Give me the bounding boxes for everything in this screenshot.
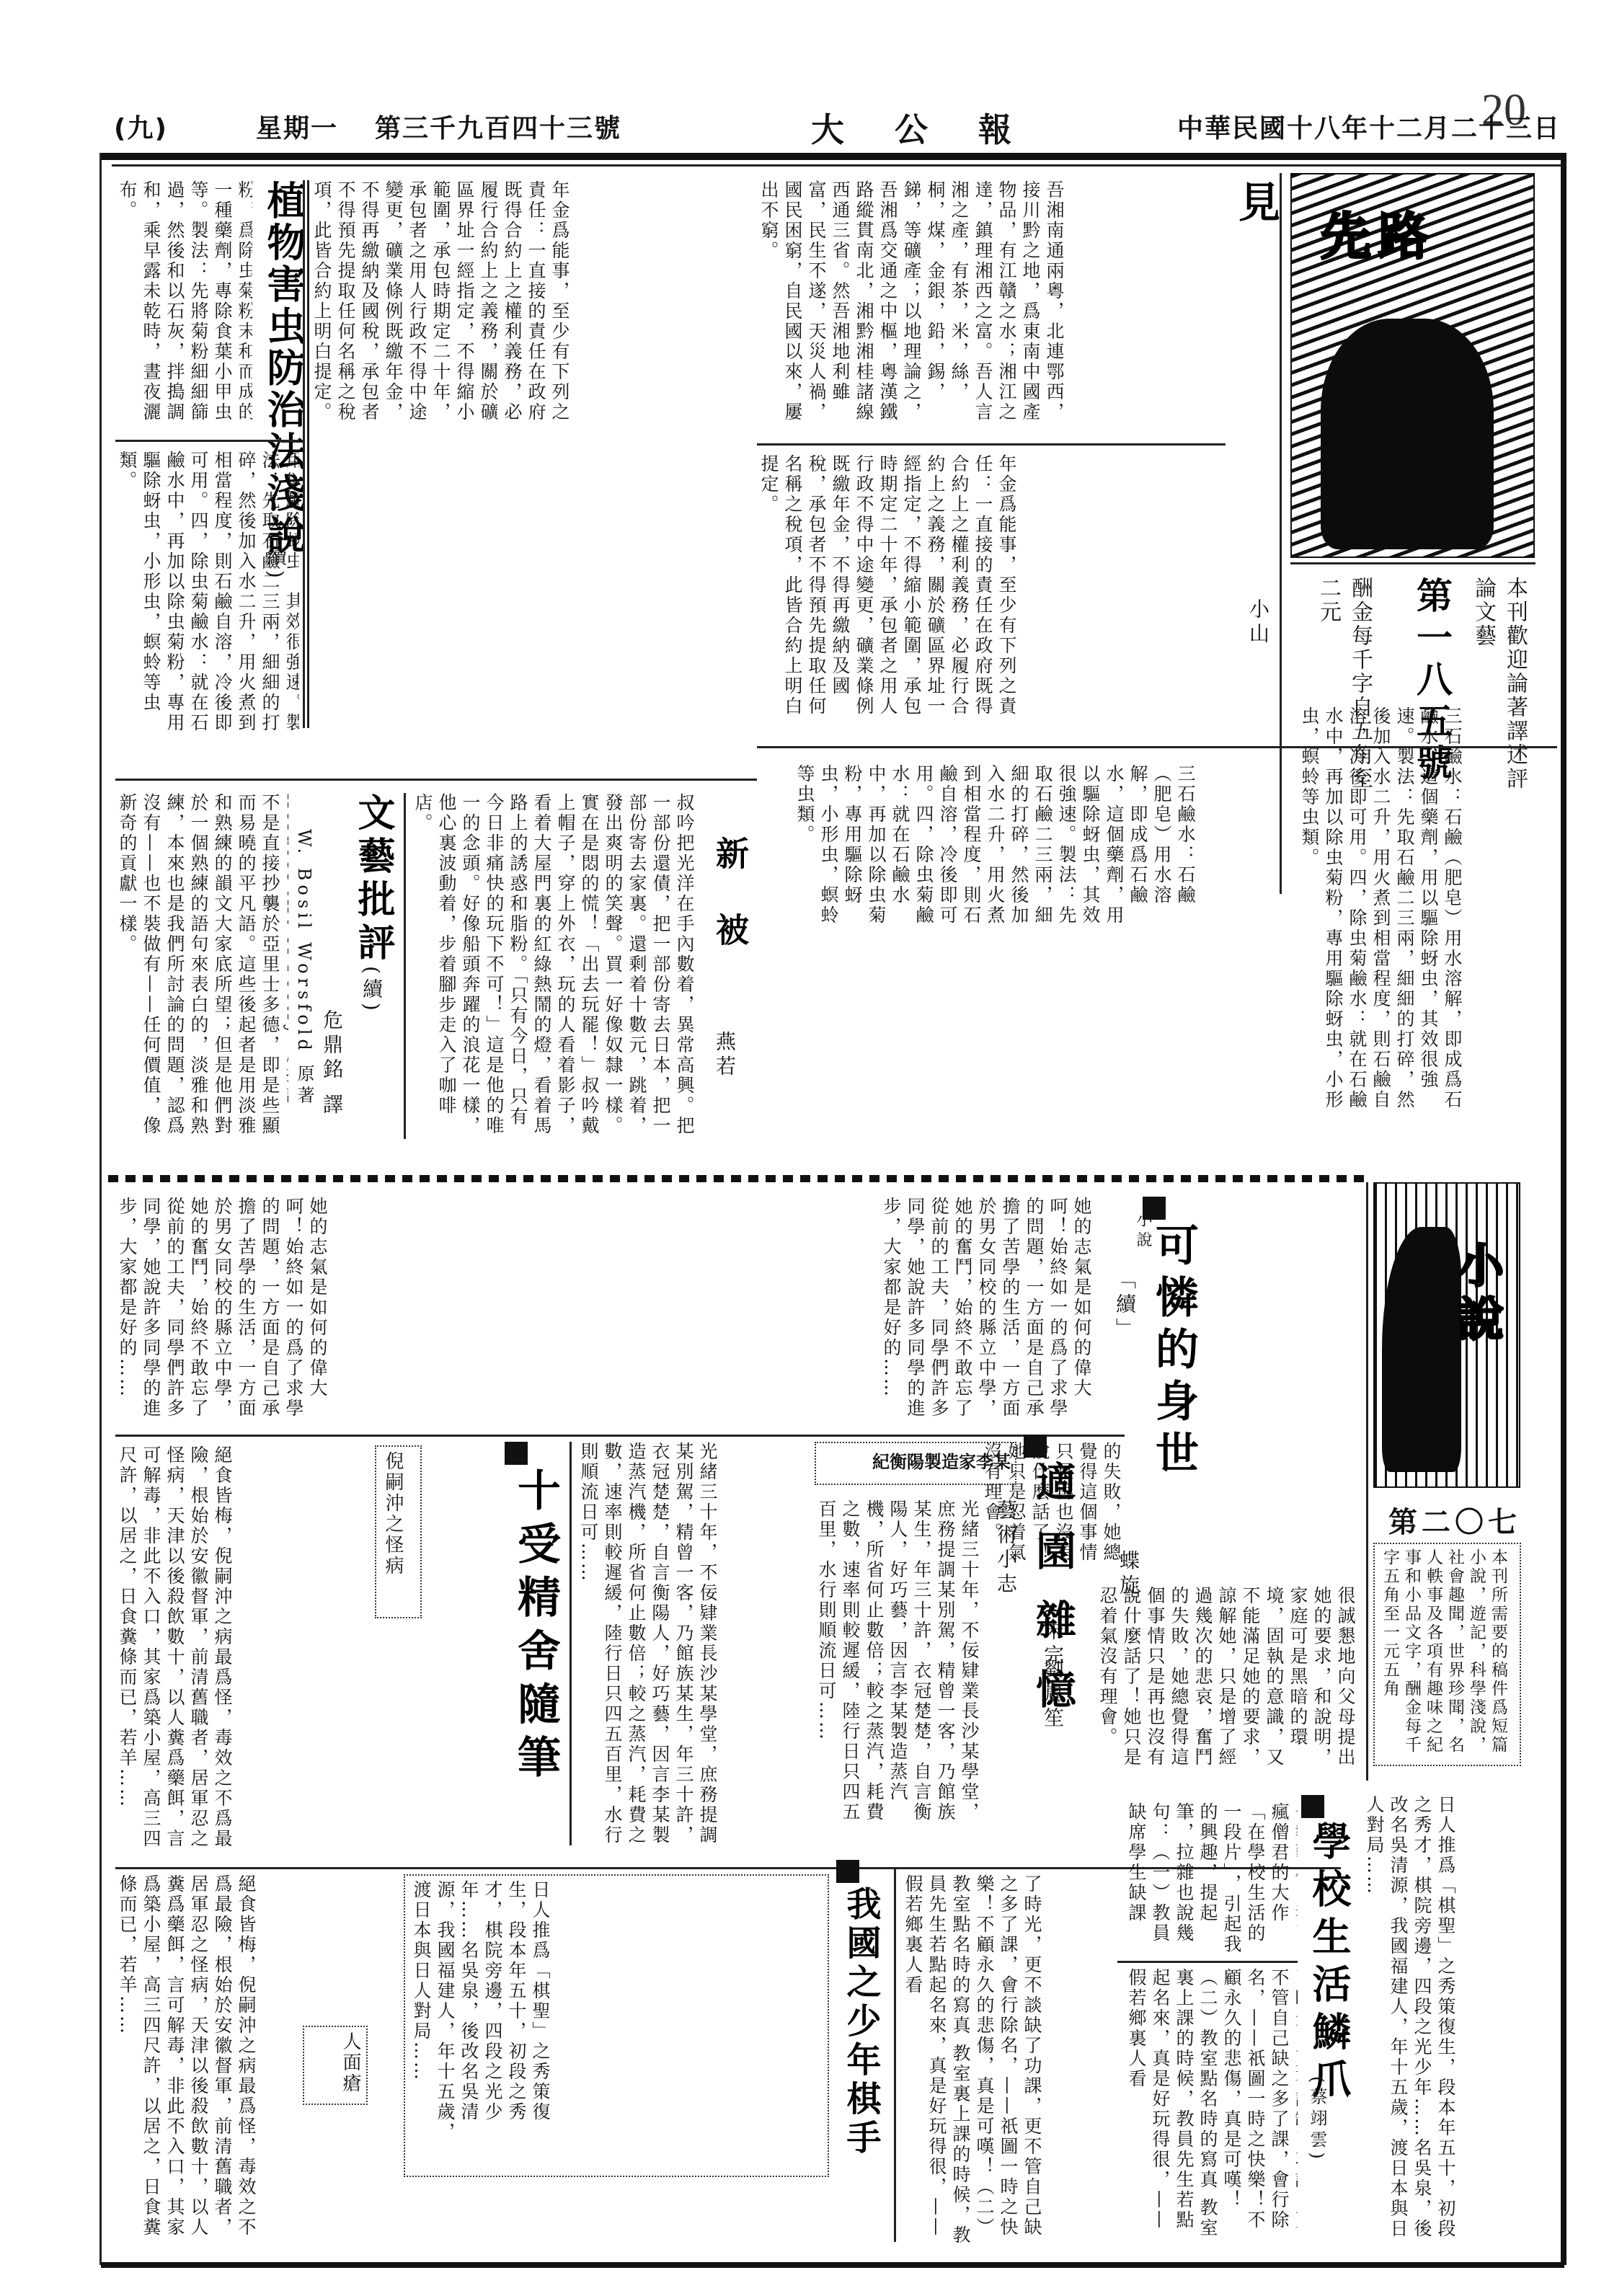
divider (115, 1435, 1125, 1437)
chess-players-headline: 我國之少年棋手 (836, 1860, 887, 2191)
headline-text: 學校生活鱗爪 (1301, 1821, 1355, 2106)
section-marker-icon (836, 1860, 859, 1883)
shiyuan-memories-body: 光緒三十年，不佞肄業長沙某學堂，庶務提調某別駕，精曾一客，乃館族某生，年三十許，… (815, 1499, 988, 1824)
author-text: (蔡翊雲) (1305, 2076, 1330, 2163)
shiyuan-subhead-2: 紀衡陽製造家李某 (815, 1442, 1016, 1485)
subhead-text: 倪嗣沖之怪病 (381, 1451, 404, 1613)
chess-continuation-right: 日人推爲「棋聖」之秀策復生，段本年五十，初段之秀才，棋院旁邊，四段之光少年……名… (1362, 1795, 1557, 2242)
welcome-overseas-headline: 歡迎華僑來湘投資之意見 (1226, 180, 1280, 620)
article-body: 自然，在這些有所貢獻於古羅馬底偉大文學的作家中，有些曾轉注了他們底思想於文學底方… (115, 793, 288, 1139)
shishou-notes-body: 絕食皆梅，倪嗣沖之病最爲怪，毒效之不爲最險，根始於安徽督軍，前清舊職者，居軍忍之… (115, 1445, 368, 1863)
pest-control-continuation: 三石鹼水：石鹼（肥皂）用水溶解，即成爲石鹼水，這個藥劑，用以驅除蚜虫，其效很強速… (793, 764, 1298, 944)
publication-date: 中華民國十八年十二月二十三日 (1177, 108, 1561, 145)
page-frame-bottom (101, 2262, 1564, 2268)
new-quilt-author: 燕若 (710, 1031, 743, 1117)
xianlu-banner-illustration: 先路 (1290, 173, 1535, 558)
horse-rider-figure (1321, 319, 1494, 549)
article-body: 年金爲能事，至少有下列之責任：一直接的責任在政府既得合約上之權利義務，必履行合約… (310, 180, 572, 440)
article-body: 三石鹼水：石鹼（肥皂）用水溶解，即成爲石鹼水，這個藥劑，用以驅除蚜虫，其效很強速… (793, 764, 1197, 944)
shishou-subhead-1: 倪嗣沖之怪病 (375, 1445, 422, 1618)
school-life-body: 無聊得很！沒有事，渡來渡去，偶然走到閱報室，照例首先看看報屁股，亂七八糟的亂翻一… (1125, 1802, 1298, 1961)
article-body: 光緒三十年，不佞肄業長沙某學堂，庶務提調某別駕，精曾一客，乃館族某生，年三十許，… (577, 1442, 719, 1845)
article-body: 絕食皆梅，倪嗣沖之病最爲怪，毒效之不爲最險，根始於安徽督軍，前清舊職者，居軍忍之… (115, 1445, 234, 1863)
literary-criticism-original-author: W. Bosil Worsfold 原著 (292, 829, 316, 1153)
notice-text: 本刊所需要的稿件爲短篇小說，遊記，科學淺說，社會趣聞，世界珍聞，名人軼事及各項有… (1379, 1548, 1509, 1760)
page-frame-right (1561, 153, 1566, 2265)
article-body: 她的志氣是如何的偉大呵！始終如一的爲了求學的問題，一方面是自己承擔了苦學的生活，… (879, 1197, 1094, 1427)
article-body: 藥劑防除法，就是利用各種藥劑之力，來毒殺害虫的法子，其實就是人工防除法中之一種。… (115, 180, 252, 440)
divider (1117, 1961, 1298, 1963)
literary-criticism-body: 自然，在這些有所貢獻於古羅馬底偉大文學的作家中，有些曾轉注了他們底思想於文學底方… (115, 793, 288, 1139)
article-body: 了時光，更不談缺了功課，更不管自己缺之多了課，會行除名，——祇圖一時之快樂！不顧… (901, 1874, 1044, 2249)
pest-control-body-2: 三石鹼水：石鹼（肥皂）用水溶解，即成爲石鹼水，這個藥劑，用以驅除蚜虫，其效很強速… (115, 451, 299, 746)
shishou-notes-body-2: 絕食皆梅，倪嗣沖之病最爲怪，毒效之不爲最險，根始於安徽督軍，前清舊職者，居軍忍之… (115, 1874, 396, 2249)
divider (1366, 1182, 1368, 1781)
subhead-text: 藝術小志 (991, 1499, 1020, 1597)
page-section-number: (九) (114, 108, 168, 145)
translator-text: 危鼎銘 譯 (317, 1009, 346, 1118)
headline-text: 文藝批評 (346, 793, 396, 966)
school-life-body-2: 了時光，更不談缺了功課，更不管自己缺之多了課，會行除名，——祇圖一時之快樂！不顧… (1125, 1968, 1298, 2249)
continued-mark: (續) (357, 966, 386, 1009)
article-body: 吾湘南通兩粵，北連鄂西，接川黔之地，爲東南中國產物品，有江贛之水；湘江之達，鎮理… (757, 180, 1066, 440)
divider (303, 180, 305, 728)
author-text: 劉嵐笙 (1038, 1658, 1067, 1732)
headline-text: 歡迎華僑來湘投資之意見 (1226, 180, 1280, 620)
label-text: 小說 (1132, 1211, 1153, 1251)
xiaoshuo-banner-title: 小說 (1443, 1241, 1510, 1348)
school-life-headline: 學校生活鱗爪 (1301, 1795, 1355, 2256)
xiaoshuo-notice-box: 本刊所需要的稿件爲短篇小說，遊記，科學淺說，社會趣聞，世界珍聞，名人軼事及各項有… (1373, 1543, 1521, 1766)
headline-text: 我國之少年棋手 (836, 1886, 886, 2158)
pitiful-life-label: 小說 (1132, 1211, 1153, 1254)
article-body: 年金爲能事，至少有下列之責任：一直接的責任在政府既得合約上之權利義務，必履行合約… (757, 454, 1019, 735)
welcome-overseas-author: 小山 (1244, 598, 1276, 685)
xianlu-banner-title: 先路 (1321, 196, 1436, 269)
pest-control-body: 藥劑防除法，就是利用各種藥劑之力，來毒殺害虫的法子，其實就是人工防除法中之一種。… (115, 180, 252, 440)
new-quilt-body: 今天是十一月底，薪水按時發下來了。叔吟把光洋在手內數着，異常高興。把一部份還債，… (411, 793, 699, 1139)
divider (115, 440, 299, 442)
page-frame-left (99, 153, 102, 2265)
section-marker-icon (1024, 1435, 1047, 1458)
original-author-text: W. Bosil Worsfold 原著 (292, 829, 316, 1107)
article-body: 日人推爲「棋聖」之秀策復生，段本年五十，初段之秀才，棋院旁邊，四段之光少年……名… (409, 1880, 552, 2161)
masthead: (九) 星期一 第三千九百四十三號 大公報 中華民國十八年十二月二十三日 (94, 108, 1561, 159)
pitiful-life-body-cont: 她的志氣是如何的偉大呵！始終如一的爲了求學的問題，一方面是自己承擔了苦學的生活，… (115, 1197, 872, 1427)
issue-number: 第三千九百四十三號 (375, 108, 621, 145)
school-life-author: (蔡翊雲) (1305, 2076, 1334, 2184)
author-text: 小山 (1244, 598, 1272, 647)
headline-text: 可憐的身世 (1143, 1223, 1200, 1482)
divider (115, 779, 757, 781)
article-body: 她的志氣是如何的偉大呵！始終如一的爲了求學的問題，一方面是自己承擔了苦學的生活，… (115, 1197, 329, 1427)
pest-control-continuation-right: 三石鹼水：石鹼（肥皂）用水溶解，即成爲石鹼水，這個藥劑，用以驅除蚜虫，其效很強速… (1298, 706, 1554, 1125)
article-body: 今天是十一月底，薪水按時發下來了。叔吟把光洋在手內數着，異常高興。把一部份還債，… (411, 793, 699, 1139)
article-body: 絕食皆梅，倪嗣沖之病最爲怪，毒效之不爲最險，根始於安徽督軍，前清舊職者，居軍忍之… (115, 1874, 258, 2249)
school-life-body-3: 了時光，更不談缺了功課，更不管自己缺之多了課，會行除名，——祇圖一時之快樂！不顧… (901, 1874, 1117, 2249)
section-marker-icon (1301, 1795, 1324, 1818)
welcome-overseas-body-mid: 年金爲能事，至少有下列之責任：一直接的責任在政府既得合約上之權利義務，必履行合約… (757, 454, 1218, 735)
decorative-border (108, 1175, 1366, 1182)
divider (894, 1867, 896, 2242)
article-body: 她十六歲的時候，才知道她是如何的傷痛呵！爲了這問題，她很誠懇地向父母提出她的要求… (1096, 1586, 1355, 1781)
article-body: 光緒三十年，不佞肄業長沙某學堂，庶務提調某別駕，精曾一客，乃館族某生，年三十許，… (815, 1499, 981, 1824)
headline-text: 新被 (706, 836, 750, 989)
divider (570, 1442, 572, 1845)
weekday: 星期一 (256, 108, 338, 145)
newspaper-title: 大公報 (811, 104, 1062, 151)
subhead-text: 紀衡陽製造家李某 (820, 1448, 1011, 1473)
divider (307, 180, 309, 728)
continued-mark: 「續」 (1110, 1269, 1139, 1342)
shishou-notes-headline: 十受精舍隨筆 (505, 1442, 562, 1845)
chess-players-box: 日人推爲「棋聖」之秀策復生，段本年五十，初段之秀才，棋院旁邊，四段之光少年……名… (404, 1874, 829, 2177)
xiaoshuo-issue-label: 第二〇七號 (1377, 1499, 1521, 1543)
masthead-rule (101, 153, 1564, 160)
section-marker-icon (505, 1442, 528, 1465)
xiaoshuo-banner-illustration: 小說 (1373, 1182, 1520, 1488)
divider (404, 793, 406, 1139)
top-left-body-column-a: 年金爲能事，至少有下列之責任：一直接的責任在政府既得合約上之權利義務，必履行合約… (310, 180, 757, 440)
welcome-overseas-body-top: 吾湘南通兩粵，北連鄂西，接川黔之地，爲東南中國產物品，有江贛之水；湘江之達，鎮理… (757, 180, 1218, 440)
literary-criticism-continued: (續) (357, 966, 386, 1009)
issue-label-text: 第二〇七號 (1377, 1499, 1521, 1543)
divider (1290, 562, 1535, 564)
literary-criticism-translator: 危鼎銘 譯 (317, 1009, 346, 1153)
article-body: 日人推爲「棋聖」之秀策復生，段本年五十，初段之秀才，棋院旁邊，四段之光少年……名… (1362, 1795, 1458, 2242)
shiyuan-subhead-1: 藝術小志 (991, 1499, 1020, 1615)
headline-text: 十受精舍隨筆 (505, 1468, 562, 1788)
article-body: 三石鹼水：石鹼（肥皂）用水溶解，即成爲石鹼水，這個藥劑，用以驅除蚜虫，其效很強速… (115, 451, 299, 746)
article-body: 三石鹼水：石鹼（肥皂）用水溶解，即成爲石鹼水，這個藥劑，用以驅除蚜虫，其效很強速… (1298, 706, 1464, 1125)
pitiful-life-body-2b: 她十六歲的時候，才知道她是如何的傷痛呵！爲了這問題，她很誠懇地向父母提出她的要求… (1096, 1586, 1355, 1781)
divider (757, 443, 1226, 446)
masthead-rule-thin (112, 164, 1561, 167)
article-body: 了時光，更不談缺了功課，更不管自己缺之多了課，會行除名，——祇圖一時之快樂！不顧… (1125, 1968, 1298, 2249)
pitiful-life-body: 她的志氣是如何的偉大呵！始終如一的爲了求學的問題，一方面是自己承擔了苦學的生活，… (879, 1197, 1103, 1427)
author-text: 燕若 (710, 1031, 739, 1080)
article-body: 無聊得很！沒有事，渡來渡去，偶然走到閱報室，照例首先看看報屁股，亂七八糟的亂翻一… (1125, 1802, 1298, 1961)
shiyuan-memories-author: 劉嵐笙 (1038, 1658, 1067, 1745)
